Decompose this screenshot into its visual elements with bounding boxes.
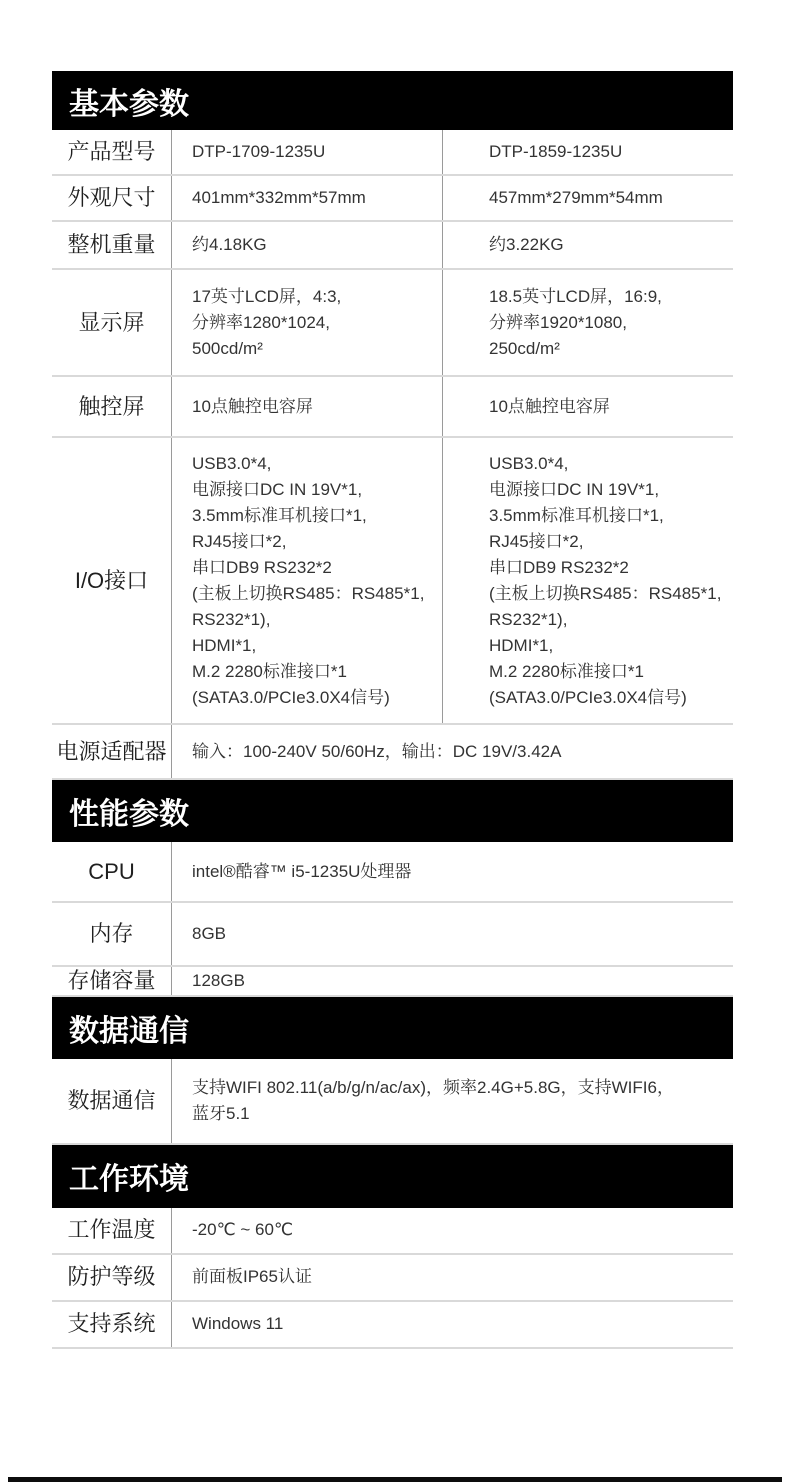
spec-table: 基本参数 产品型号 DTP-1709-1235U DTP-1859-1235U … [52, 71, 733, 1349]
spec-value-col2: DTP-1859-1235U [443, 130, 733, 174]
spec-value-col1: 17英寸LCD屏，4:3, 分辨率1280*1024, 500cd/m² [172, 270, 443, 375]
spec-label: I/O接口 [52, 438, 172, 723]
spec-label: 数据通信 [52, 1059, 172, 1143]
spec-value-text: 10点触控电容屏 [192, 394, 313, 420]
spec-value-text: Windows 11 [192, 1311, 283, 1337]
spec-label: 整机重量 [52, 222, 172, 268]
spec-value-col2: 457mm*279mm*54mm [443, 176, 733, 220]
section-title: 数据通信 [69, 1006, 189, 1050]
spec-value-text: 输入：100-240V 50/60Hz，输出：DC 19V/3.42A [192, 739, 561, 765]
spec-row-protection-rating: 防护等级 前面板IP65认证 [52, 1255, 733, 1302]
spec-row-touchscreen: 触控屏 10点触控电容屏 10点触控电容屏 [52, 377, 733, 438]
spec-value-text: 17英寸LCD屏，4:3, 分辨率1280*1024, 500cd/m² [192, 284, 341, 362]
spec-row-dimensions: 外观尺寸 401mm*332mm*57mm 457mm*279mm*54mm [52, 176, 733, 222]
section-header-data-comm: 数据通信 [52, 997, 733, 1059]
spec-row-data-comm: 数据通信 支持WIFI 802.11(a/b/g/n/ac/ax)，频率2.4G… [52, 1059, 733, 1145]
spec-value-span: 128GB [172, 967, 733, 995]
spec-value-text: intel®酷睿™ i5-1235U处理器 [192, 859, 411, 885]
spec-value-text: 8GB [192, 921, 226, 947]
spec-value-col2: 18.5英寸LCD屏，16:9, 分辨率1920*1080, 250cd/m² [443, 270, 733, 375]
spec-value-span: 前面板IP65认证 [172, 1255, 733, 1300]
spec-sheet-page: { "colors": { "section_header_bg": "#000… [0, 0, 790, 1482]
spec-value-text: 401mm*332mm*57mm [192, 185, 366, 211]
spec-value-text: DTP-1709-1235U [192, 139, 325, 165]
section-title: 工作环境 [69, 1154, 189, 1198]
spec-value-col2: USB3.0*4, 电源接口DC IN 19V*1, 3.5mm标准耳机接口*1… [443, 438, 733, 723]
spec-value-text: 18.5英寸LCD屏，16:9, 分辨率1920*1080, 250cd/m² [489, 284, 662, 362]
spec-label: 内存 [52, 903, 172, 965]
spec-value-text: 457mm*279mm*54mm [489, 185, 663, 211]
spec-label: 电源适配器 [52, 725, 172, 778]
next-section-top-edge [8, 1477, 782, 1482]
spec-value-col1: USB3.0*4, 电源接口DC IN 19V*1, 3.5mm标准耳机接口*1… [172, 438, 443, 723]
section-header-performance: 性能参数 [52, 780, 733, 842]
spec-row-display: 显示屏 17英寸LCD屏，4:3, 分辨率1280*1024, 500cd/m²… [52, 270, 733, 377]
spec-value-text: 前面板IP65认证 [192, 1264, 312, 1290]
section-header-basic-params: 基本参数 [52, 71, 733, 130]
section-title: 性能参数 [69, 789, 189, 833]
spec-row-product-model: 产品型号 DTP-1709-1235U DTP-1859-1235U [52, 130, 733, 176]
spec-row-cpu: CPU intel®酷睿™ i5-1235U处理器 [52, 842, 733, 903]
spec-row-weight: 整机重量 约4.18KG 约3.22KG [52, 222, 733, 270]
spec-row-operating-temp: 工作温度 -20℃ ~ 60℃ [52, 1208, 733, 1255]
spec-value-col1: DTP-1709-1235U [172, 130, 443, 174]
spec-label: 产品型号 [52, 130, 172, 174]
spec-row-io-ports: I/O接口 USB3.0*4, 电源接口DC IN 19V*1, 3.5mm标准… [52, 438, 733, 725]
spec-value-text: 约4.18KG [192, 232, 267, 258]
spec-value-text: USB3.0*4, 电源接口DC IN 19V*1, 3.5mm标准耳机接口*1… [192, 451, 424, 711]
spec-row-storage: 存储容量 128GB [52, 967, 733, 997]
spec-value-text: 约3.22KG [489, 232, 564, 258]
section-title: 基本参数 [69, 79, 189, 123]
spec-row-supported-os: 支持系统 Windows 11 [52, 1302, 733, 1349]
spec-row-memory: 内存 8GB [52, 903, 733, 967]
spec-value-col2: 约3.22KG [443, 222, 733, 268]
spec-label: 触控屏 [52, 377, 172, 436]
spec-value-span: 输入：100-240V 50/60Hz，输出：DC 19V/3.42A [172, 725, 733, 778]
spec-value-text: USB3.0*4, 电源接口DC IN 19V*1, 3.5mm标准耳机接口*1… [489, 451, 721, 711]
spec-label: 存储容量 [52, 967, 172, 995]
spec-value-col1: 约4.18KG [172, 222, 443, 268]
spec-row-power-adapter: 电源适配器 输入：100-240V 50/60Hz，输出：DC 19V/3.42… [52, 725, 733, 780]
spec-label: CPU [52, 842, 172, 901]
spec-value-col1: 401mm*332mm*57mm [172, 176, 443, 220]
spec-label: 外观尺寸 [52, 176, 172, 220]
spec-value-col2: 10点触控电容屏 [443, 377, 733, 436]
spec-value-text: 支持WIFI 802.11(a/b/g/n/ac/ax)，频率2.4G+5.8G… [192, 1075, 674, 1127]
spec-label: 防护等级 [52, 1255, 172, 1300]
spec-value-text: 128GB [192, 968, 245, 994]
section-header-environment: 工作环境 [52, 1145, 733, 1208]
spec-value-text: -20℃ ~ 60℃ [192, 1217, 293, 1243]
spec-value-span: Windows 11 [172, 1302, 733, 1347]
spec-label: 支持系统 [52, 1302, 172, 1347]
spec-value-span: 支持WIFI 802.11(a/b/g/n/ac/ax)，频率2.4G+5.8G… [172, 1059, 733, 1143]
spec-value-span: 8GB [172, 903, 733, 965]
spec-value-text: DTP-1859-1235U [489, 139, 622, 165]
spec-value-text: 10点触控电容屏 [489, 394, 610, 420]
spec-value-span: intel®酷睿™ i5-1235U处理器 [172, 842, 733, 901]
spec-label: 工作温度 [52, 1208, 172, 1253]
spec-value-span: -20℃ ~ 60℃ [172, 1208, 733, 1253]
spec-value-col1: 10点触控电容屏 [172, 377, 443, 436]
spec-label: 显示屏 [52, 270, 172, 375]
